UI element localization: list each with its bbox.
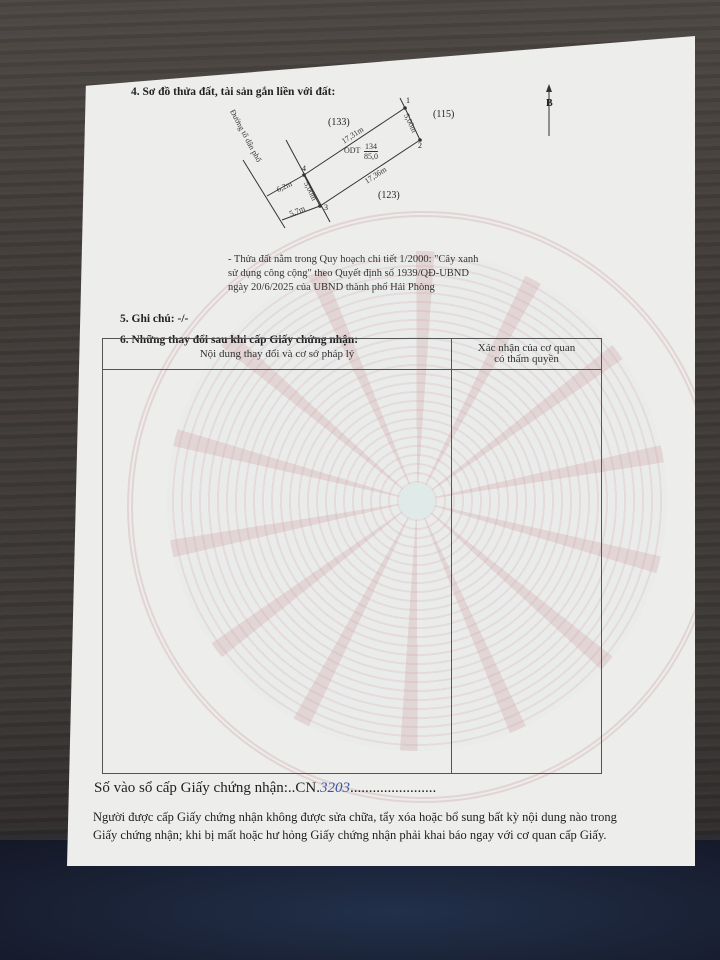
column-header-change-content: Nội dung thay đổi và cơ sở pháp lý [103,339,452,370]
notice-line-1: Người được cấp Giấy chứng nhận không đượ… [93,808,617,826]
planning-note: - Thửa đất nằm trong Quy hoạch chi tiết … [228,253,478,295]
registration-number-line: Số vào sổ cấp Giấy chứng nhận:..CN.3203.… [94,780,436,797]
planning-note-line-3: ngày 20/6/2025 của UBND thành phố Hải Ph… [228,281,478,295]
planning-note-line-2: sử dụng công cộng" theo Quyết định số 19… [228,267,478,281]
parcel-fraction: 134 85,0 [364,142,378,161]
notice-line-2: Giấy chứng nhận; khi bị mất hoặc hư hỏng… [93,826,617,844]
changes-table: Nội dung thay đổi và cơ sở pháp lý Xác n… [102,338,602,774]
parcel-code: ODT [344,146,360,155]
parcel-code-text: ODT [344,146,360,155]
neighbor-parcel-115: (115) [433,109,454,120]
column-header-line-2: có thẩm quyền [456,354,597,365]
registration-label: Số vào sổ cấp Giấy chứng nhận:..CN. [94,780,320,796]
point-1-label: 1 [406,96,410,105]
point-2-label: 2 [418,141,422,150]
north-label: B [546,98,553,109]
parcel-number: 134 [364,142,378,152]
north-arrow-icon [546,84,552,92]
change-content-cell [103,370,452,774]
point-4-label: 4 [302,164,306,173]
registration-number: 3203 [320,780,350,796]
registration-dots: ....................... [350,780,436,796]
changes-table-empty-row [103,370,602,774]
neighbor-parcel-123: (123) [378,190,400,201]
parcel-area: 85,0 [364,152,378,161]
section-5-note: 5. Ghi chú: -/- [120,313,188,325]
certificate-notice: Người được cấp Giấy chứng nhận không đượ… [93,808,617,844]
planning-note-line-1: - Thửa đất nằm trong Quy hoạch chi tiết … [228,253,478,267]
point-3-label: 3 [324,203,328,212]
neighbor-parcel-133: (133) [328,117,350,128]
column-header-authority-confirmation: Xác nhận của cơ quan có thẩm quyền [452,339,602,370]
changes-table-header: Nội dung thay đổi và cơ sở pháp lý Xác n… [103,339,602,370]
authority-confirmation-cell [452,370,602,774]
